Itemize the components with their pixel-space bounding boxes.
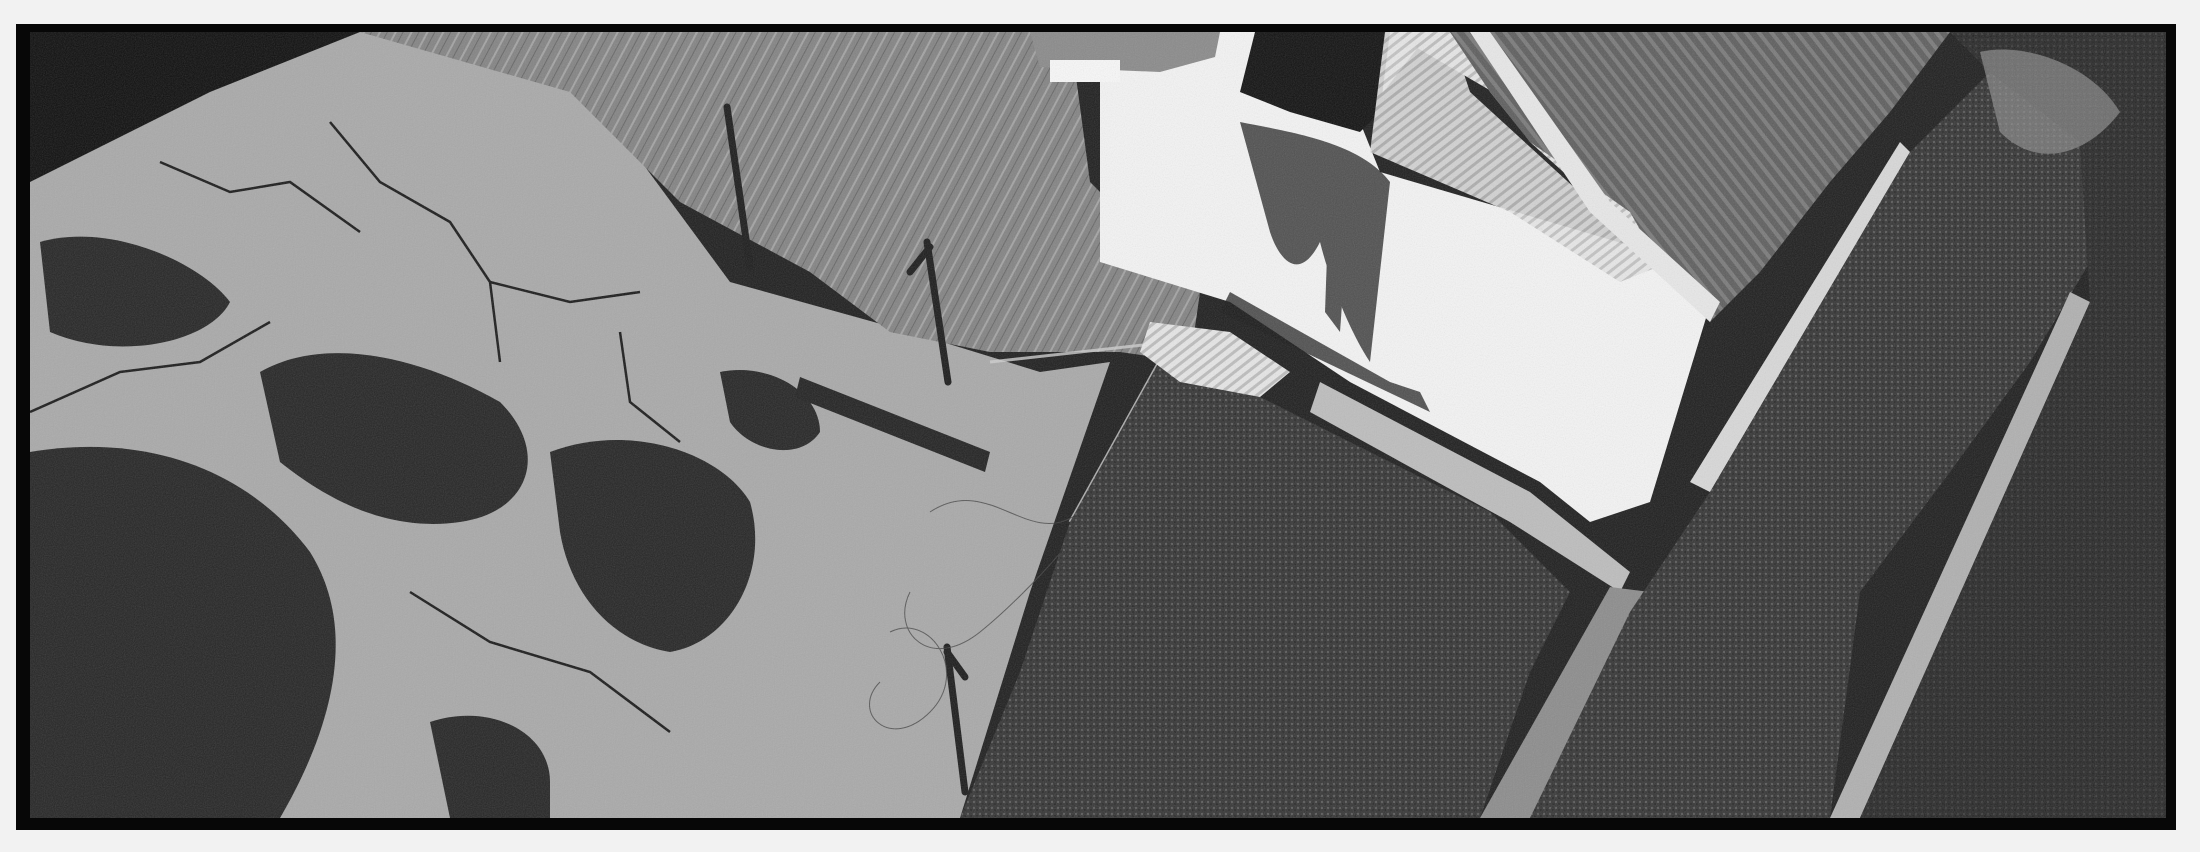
photograph — [30, 32, 2166, 818]
print-border — [16, 24, 2176, 830]
